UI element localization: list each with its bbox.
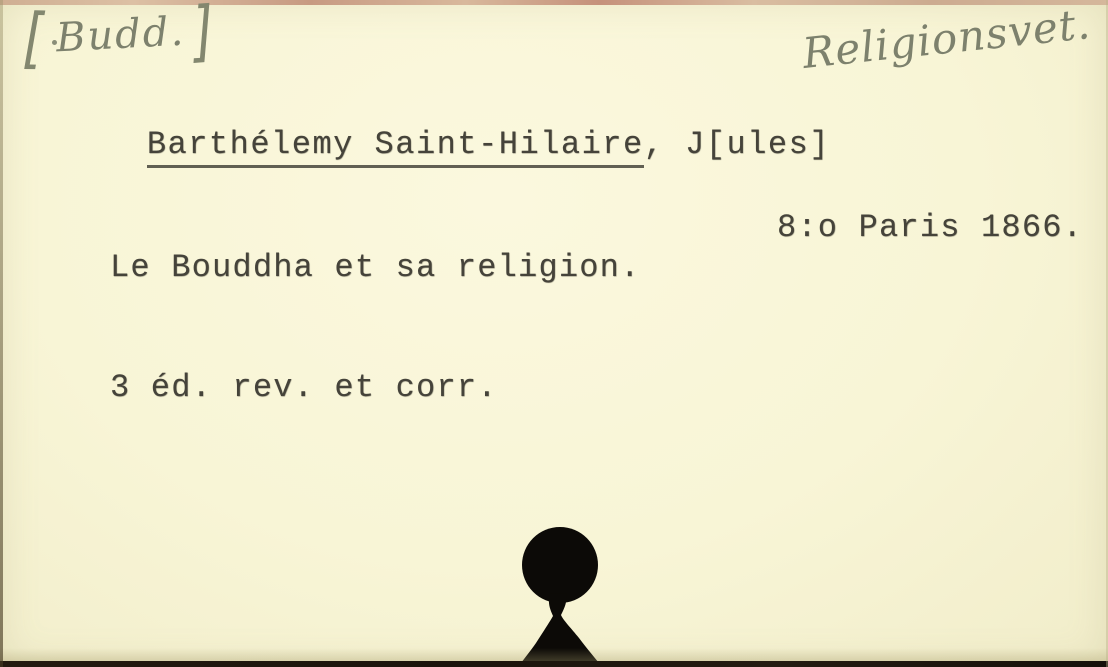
subject-note: Religionsvet.	[800, 0, 1093, 79]
card-body: Le Bouddha et sa religion. 3 éd. rev. et…	[110, 168, 640, 488]
bottom-shadow	[0, 648, 1108, 662]
classification-tag: [ Budd. ]	[19, 0, 217, 73]
author-name-underlined: Barthélemy Saint-Hilaire	[147, 126, 644, 168]
imprint-line: 8:o Paris 1866.	[777, 208, 1083, 248]
title-line: Le Bouddha et sa religion.	[110, 248, 640, 288]
hole-punch-icon	[500, 522, 620, 667]
pencil-mark	[52, 40, 57, 45]
card-bottom-edge	[0, 661, 1108, 667]
classification-label: Budd.	[55, 9, 186, 62]
edition-line: 3 éd. rev. et corr.	[110, 368, 640, 408]
classification-close-bracket: ]	[191, 0, 216, 67]
author-forename: , J[ules]	[644, 126, 830, 163]
catalog-card: [ Budd. ] Religionsvet. Barthélemy Saint…	[0, 0, 1108, 667]
classification-open-bracket: [	[22, 3, 44, 73]
card-left-edge	[0, 0, 3, 667]
